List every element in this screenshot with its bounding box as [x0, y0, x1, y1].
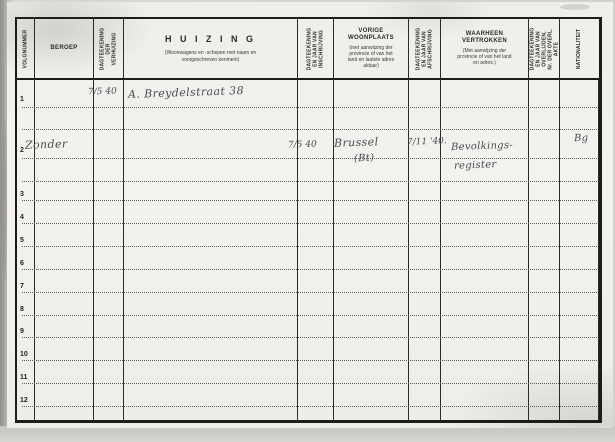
- writing-line: [22, 383, 597, 384]
- column-header-label: VOLGNUMMER: [23, 29, 29, 68]
- handwriting-row2-vorige-woonplaats: Brussel: [334, 134, 379, 152]
- column-header-sublabel: (Met aanwijzing der provincie of van het…: [457, 48, 511, 67]
- handwriting-row2-afschrijving-date: 7/11 '40.: [407, 135, 447, 150]
- row-number: 2: [20, 147, 24, 154]
- writing-line: [22, 315, 597, 316]
- table-row-6: 6: [17, 260, 599, 283]
- column-header-dagteekening-verhuizing: DAGTEEKENING DER VERHUIZING: [94, 19, 124, 78]
- writing-line: [22, 223, 597, 224]
- row-number: 5: [20, 237, 24, 244]
- writing-line: [22, 269, 597, 270]
- writing-line: [22, 292, 597, 293]
- column-header-label: DAGTEEKENING EN JAAR VAN AFSCHRIJVING: [416, 27, 434, 70]
- row-number: 1: [20, 96, 24, 103]
- column-header-label: DAGTEEKENING DER VERHUIZING: [100, 27, 118, 70]
- row-number: 6: [20, 260, 24, 267]
- row-number: 3: [20, 191, 24, 198]
- table-header-row: VOLGNUMMER BEROEP DAGTEEKENING DER VERHU…: [17, 19, 599, 80]
- handwriting-row2-nationaliteit: Bg: [574, 131, 589, 146]
- handwriting-row2-waarheen-line1: Bevolkings-: [451, 138, 514, 155]
- handwriting-row1-verhuizing-date: 7/5 40: [88, 86, 117, 100]
- table-row-4: 4: [17, 214, 599, 237]
- column-header-sublabel: (Woonwagens en -schepen met naam en voor…: [165, 50, 256, 63]
- table-row-12: 12: [17, 397, 599, 420]
- row-number: 4: [20, 214, 24, 221]
- column-header-label: WAARHEEN VERTROKKEN: [462, 31, 507, 46]
- writing-line: [22, 158, 597, 159]
- column-header-dagteekening-afschrijving: DAGTEEKENING EN JAAR VAN AFSCHRIJVING: [409, 19, 441, 78]
- column-header-label: VORIGE WOONPLAATS: [348, 28, 394, 43]
- column-header-vorige-woonplaats: VORIGE WOONPLAATS (met aanwijzing der pr…: [334, 19, 409, 78]
- register-table: VOLGNUMMER BEROEP DAGTEEKENING DER VERHU…: [15, 17, 602, 423]
- table-row-7: 7: [17, 283, 599, 306]
- writing-line: [22, 246, 597, 247]
- column-header-beroep: BEROEP: [35, 19, 94, 78]
- table-row-3: 3: [17, 191, 599, 214]
- row-number: 7: [20, 283, 24, 290]
- column-header-label: H U I Z I N G: [165, 34, 256, 45]
- handwriting-row2-vorige-woonplaats-provincie: (Bt): [354, 151, 375, 167]
- column-header-dagteekening-inschrijving: DAGTEEKENING EN JAAR VAN INSCHRIJVING: [298, 19, 334, 78]
- scan-artifact: [2, 120, 7, 280]
- handwriting-row2-waarheen-line2: register: [454, 157, 497, 173]
- row-number: 11: [20, 374, 27, 381]
- column-header-label: NATIONALITEIT: [577, 28, 583, 68]
- scan-artifact: [560, 4, 590, 10]
- table-row-5: 5: [17, 237, 599, 260]
- column-header-label: DAGTEEKENING EN JAAR VAN OVERLIJDEN, Nr.…: [529, 27, 559, 70]
- scanned-register-card: VOLGNUMMER BEROEP DAGTEEKENING DER VERHU…: [0, 0, 615, 442]
- writing-line: [22, 360, 597, 361]
- column-header-volgnummer: VOLGNUMMER: [17, 19, 35, 78]
- writing-line: [22, 107, 597, 108]
- row-number: 12: [20, 397, 28, 404]
- column-header-huizing: H U I Z I N G (Woonwagens en -schepen me…: [124, 19, 298, 78]
- table-row-11: 11: [17, 374, 599, 397]
- scan-edge-bottom: [0, 426, 615, 442]
- table-row-10: 10: [17, 351, 599, 374]
- row-number: 10: [20, 351, 28, 358]
- table-row-8: 8: [17, 306, 599, 329]
- column-header-dagteekening-overlijden: DAGTEEKENING EN JAAR VAN OVERLIJDEN, Nr.…: [529, 19, 560, 78]
- writing-line: [22, 129, 597, 130]
- row-number: 9: [20, 328, 24, 335]
- handwriting-row2-inschrijving-date: 7/5 40: [288, 139, 317, 153]
- handwriting-row2-beroep: Zonder: [25, 136, 68, 154]
- writing-line: [22, 181, 597, 182]
- column-header-waarheen-vertrokken: WAARHEEN VERTROKKEN (Met aanwijzing der …: [441, 19, 529, 78]
- column-header-nationaliteit: NATIONALITEIT: [560, 19, 599, 78]
- writing-line: [22, 337, 597, 338]
- writing-line: [22, 200, 597, 201]
- table-body: 1 2 3 4: [17, 80, 599, 420]
- column-header-sublabel: (met aanwijzing der provincie of van het…: [348, 45, 394, 70]
- table-row-9: 9: [17, 328, 599, 351]
- row-number: 8: [20, 306, 24, 313]
- column-header-label: DAGTEEKENING EN JAAR VAN INSCHRIJVING: [307, 27, 325, 70]
- writing-line: [22, 406, 597, 407]
- column-header-label: BEROEP: [50, 45, 77, 53]
